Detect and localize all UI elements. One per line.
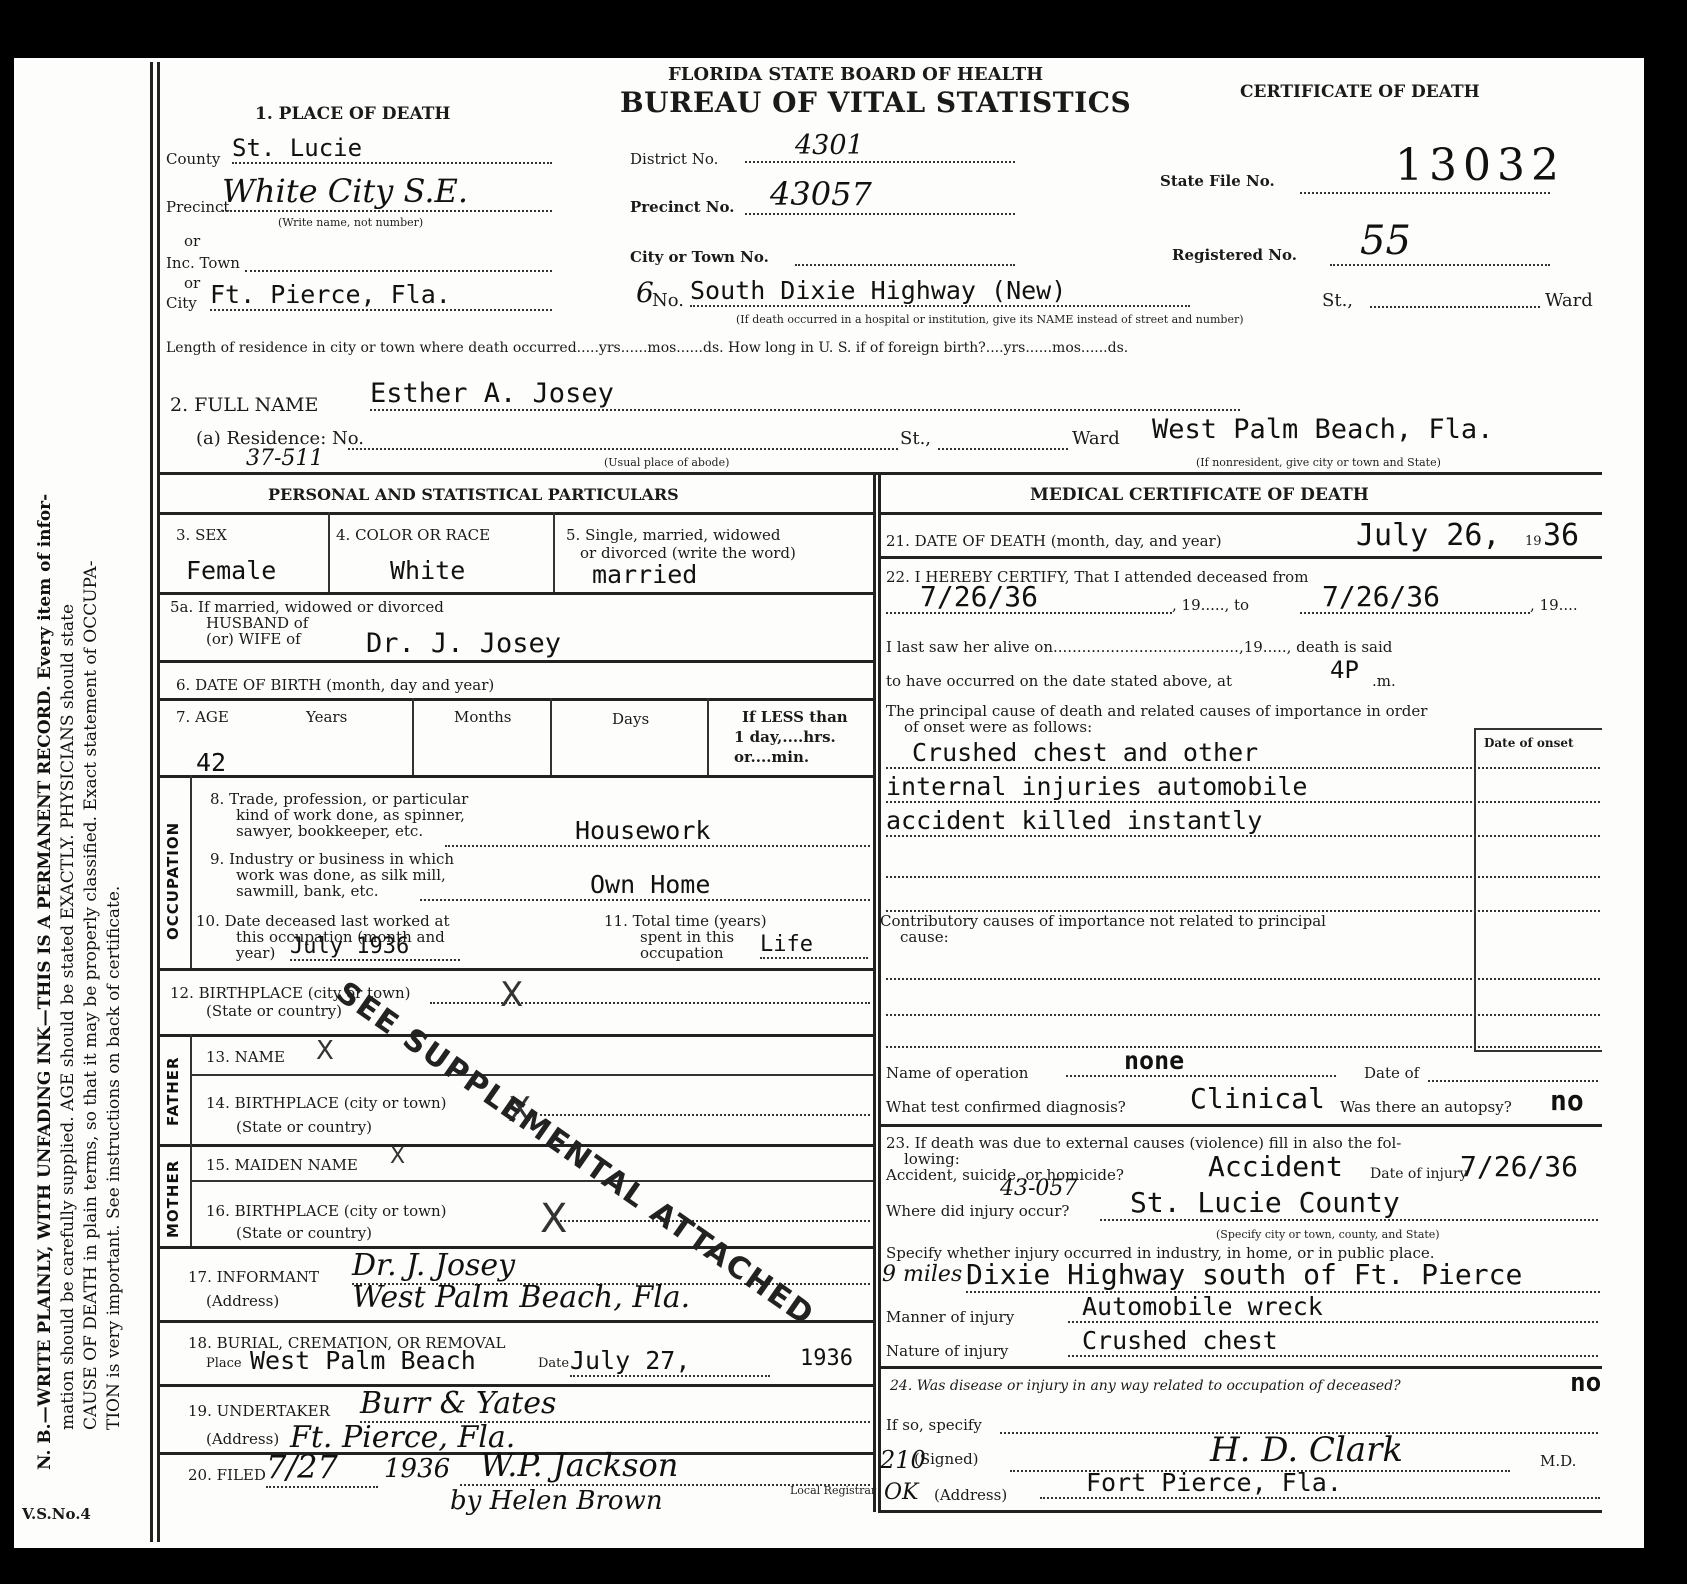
rule: [157, 1034, 873, 1037]
cause-line-2: internal injuries automobile: [886, 772, 1600, 803]
signed-label: (Signed): [914, 1450, 979, 1468]
birthplace-label-2: (State or country): [206, 1002, 342, 1020]
ward-label: Ward: [1545, 290, 1593, 311]
total-time-value: Life: [760, 932, 868, 959]
hospital-hint: (If death occurred in a hospital or inst…: [736, 313, 1244, 326]
contributory-line-2: [886, 1012, 1600, 1016]
age-years-value: 42: [196, 748, 226, 777]
margin-line-1: N. B.—WRITE PLAINLY, WITH UNFADING INK—T…: [34, 494, 57, 1470]
undertaker-value: Burr & Yates: [360, 1386, 870, 1423]
test-value: Clinical: [1190, 1082, 1325, 1115]
margin-instructions: N. B.—WRITE PLAINLY, WITH UNFADING INK—T…: [34, 494, 126, 1470]
father-name-label: 13. NAME: [206, 1048, 285, 1066]
rule: [1474, 1050, 1602, 1052]
precinct-value: White City S.E.: [222, 172, 552, 212]
test-label: What test confirmed diagnosis?: [886, 1098, 1126, 1116]
burial-place-value: West Palm Beach: [250, 1346, 476, 1375]
mother-birthplace-label-1: 16. BIRTHPLACE (city or town): [206, 1202, 446, 1220]
injury-date-value: 7/26/36: [1460, 1150, 1578, 1183]
nonresident-hint: (If nonresident, give city or town and S…: [1196, 456, 1441, 469]
age-label: 7. AGE: [176, 708, 229, 726]
time-suffix: .m.: [1372, 672, 1396, 690]
where-value: St. Lucie County: [1100, 1186, 1598, 1221]
margin-line-2: mation should be carefully supplied. AGE…: [57, 494, 80, 1470]
occupation-side-label: OCCUPATION: [164, 822, 182, 940]
bureau-name: BUREAU OF VITAL STATISTICS: [620, 86, 1131, 119]
burial-place-label: Place: [206, 1356, 242, 1371]
where-label: Where did injury occur?: [886, 1202, 1069, 1220]
street-value: South Dixie Highway (New): [690, 276, 1190, 307]
mother-birthplace-label-2: (State or country): [236, 1224, 372, 1242]
less-than-label-2: 1 day,....hrs.: [734, 728, 836, 746]
physician-address-value: Fort Pierce, Fla.: [1040, 1468, 1600, 1499]
rule: [157, 698, 873, 701]
trade-label-3: sawyer, bookkeeper, etc.: [236, 822, 423, 840]
spouse-label-3: (or) WIFE of: [206, 630, 301, 648]
st-label: St.,: [1322, 290, 1353, 311]
rule: [878, 1366, 1602, 1369]
father-side-label: FATHER: [164, 1056, 182, 1126]
full-name-value: Esther A. Josey: [370, 378, 1240, 411]
time-of-death-value: 4P: [1330, 656, 1359, 684]
operation-label: Name of operation: [886, 1064, 1028, 1082]
rule: [190, 1144, 192, 1246]
mother-side-label: MOTHER: [164, 1160, 182, 1238]
race-label: 4. COLOR OR RACE: [336, 526, 490, 544]
mother-maiden-x-mark: X: [390, 1144, 405, 1169]
cause-intro-2: of onset were as follows:: [904, 718, 1092, 736]
medical-section-title: MEDICAL CERTIFICATE OF DEATH: [1030, 485, 1369, 505]
personal-section-title: PERSONAL AND STATISTICAL PARTICULARS: [268, 485, 679, 504]
industry-label-3: sawmill, bank, etc.: [236, 882, 379, 900]
rule: [553, 512, 555, 592]
rule: [157, 1144, 873, 1147]
informant-address-value: West Palm Beach, Fla.: [352, 1280, 690, 1315]
margin-line-4: TION is very important. See instructions…: [103, 494, 126, 1470]
rule: [157, 660, 873, 663]
rule: [328, 512, 330, 592]
residence-st-label: St.,: [900, 428, 931, 449]
contributory-label-2: cause:: [900, 928, 949, 946]
physician-signature: H. D. Clark: [1010, 1430, 1510, 1472]
state-file-number: 13032: [1395, 140, 1565, 191]
precinct-no-label: Precinct No.: [630, 198, 734, 216]
or-label-2: or: [184, 274, 200, 292]
sex-value: Female: [186, 556, 276, 585]
physician-address-label: (Address): [934, 1486, 1007, 1504]
attended-from-value: 7/26/36: [920, 580, 1038, 613]
column-divider-inner: [878, 472, 881, 1512]
certificate-title: CERTIFICATE OF DEATH: [1240, 82, 1480, 102]
county-value: St. Lucie: [232, 134, 552, 164]
form-number: V.S.No.4: [22, 1505, 91, 1523]
operation-date-field: [1428, 1078, 1598, 1082]
injury-date-label: Date of injury: [1370, 1166, 1467, 1182]
date-of-death-label: 21. DATE OF DEATH (month, day, and year): [886, 532, 1222, 550]
where-code: 43-057: [1000, 1176, 1077, 1201]
occurred-label: to have occurred on the date stated abov…: [886, 672, 1232, 690]
race-value: White: [390, 556, 465, 585]
days-label: Days: [612, 710, 649, 728]
city-label: City: [166, 294, 197, 312]
manner-question-value: Accident: [1208, 1150, 1343, 1183]
manner-injury-label: Manner of injury: [886, 1308, 1014, 1326]
rule: [878, 1124, 1602, 1127]
residence-no-field: [348, 446, 898, 450]
autopsy-label: Was there an autopsy?: [1340, 1098, 1512, 1116]
full-name-label: 2. FULL NAME: [170, 394, 318, 416]
spouse-value: Dr. J. Josey: [366, 628, 561, 659]
where-hint: (Specify city or town, county, and State…: [1216, 1228, 1440, 1241]
local-registrar-label: Local Registrar: [790, 1484, 876, 1497]
rule: [878, 512, 1602, 515]
contributory-line-1: [886, 976, 1600, 980]
ward-field: [1370, 304, 1540, 308]
occupation-related-label: 24. Was disease or injury in any way rel…: [890, 1378, 1401, 1394]
father-birthplace-field: [540, 1112, 870, 1116]
months-label: Months: [454, 708, 511, 726]
usual-place-hint: (Usual place of abode): [604, 456, 729, 469]
trade-value: Housework: [445, 816, 870, 847]
filed-year-value: 1936: [384, 1454, 450, 1484]
residence-code: 37-511: [246, 446, 323, 471]
mother-birthplace-x-mark: X: [540, 1196, 567, 1242]
informant-address-label: (Address): [206, 1292, 279, 1310]
inc-town-field: [245, 268, 552, 272]
rule: [1474, 728, 1602, 730]
form-left-border: [150, 62, 153, 1542]
cause-line-4: [886, 874, 1600, 878]
column-divider: [873, 472, 876, 1512]
date-of-death-value: July 26,: [1356, 518, 1501, 553]
state-file-label: State File No.: [1160, 172, 1275, 190]
attended-19-to: , 19....., to: [1172, 596, 1249, 614]
rule: [878, 556, 1602, 559]
birthplace-x-mark: X: [500, 975, 523, 1015]
autopsy-value: no: [1550, 1084, 1584, 1117]
or-label-1: or: [184, 232, 200, 250]
rule: [550, 698, 552, 775]
if-so-label: If so, specify: [886, 1416, 982, 1434]
place-value: Dixie Highway south of Ft. Pierce: [966, 1258, 1600, 1293]
father-birthplace-label-1: 14. BIRTHPLACE (city or town): [206, 1094, 446, 1112]
rule: [190, 1034, 192, 1144]
dob-label: 6. DATE OF BIRTH (month, day and year): [176, 676, 494, 694]
last-worked-value: July 1936: [290, 934, 460, 961]
district-label: District No.: [630, 150, 718, 168]
city-town-no-field: [795, 262, 1015, 266]
city-town-no-label: City or Town No.: [630, 248, 769, 266]
less-than-label-1: If LESS than: [742, 708, 848, 726]
burial-date-value: July 27,: [570, 1346, 770, 1377]
rule: [157, 968, 873, 971]
registrar-signature: W.P. Jackson: [460, 1446, 870, 1486]
district-value: 4301: [745, 130, 1015, 163]
rule: [412, 698, 414, 775]
filed-label: 20. FILED: [188, 1466, 266, 1484]
undertaker-address-label: (Address): [206, 1430, 279, 1448]
father-birthplace-label-2: (State or country): [236, 1118, 372, 1136]
less-than-label-3: or....min.: [734, 748, 809, 766]
rule: [157, 512, 873, 515]
last-saw-label: I last saw her alive on.................…: [886, 638, 1392, 656]
place-of-death-heading: 1. PLACE OF DEATH: [255, 104, 450, 124]
registered-number: 55: [1360, 218, 1411, 264]
father-name-x-mark: X: [316, 1036, 334, 1066]
residence-length-label: Length of residence in city or town wher…: [166, 340, 1128, 356]
sex-label: 3. SEX: [176, 526, 227, 544]
residence-ward-label: Ward: [1072, 428, 1120, 449]
rule: [190, 1074, 873, 1076]
place-prefix: 9 miles: [882, 1262, 962, 1287]
address-prefix: OK: [884, 1480, 918, 1505]
nature-label: Nature of injury: [886, 1342, 1008, 1360]
attended-to-value: 7/26/36: [1322, 580, 1440, 613]
no-label: No.: [652, 290, 684, 311]
rule: [190, 1180, 873, 1182]
rule: [157, 775, 873, 778]
rule: [157, 1320, 873, 1323]
occupation-related-value: no: [1570, 1368, 1601, 1398]
manner-injury-value: Automobile wreck: [1068, 1292, 1598, 1323]
margin-line-3: CAUSE OF DEATH in plain terms, so that i…: [80, 494, 103, 1470]
precinct-hint: (Write name, not number): [278, 216, 423, 229]
total-time-label-3: occupation: [640, 944, 724, 962]
cause-line-3: accident killed instantly: [886, 806, 1600, 837]
county-label: County: [166, 150, 220, 168]
residence-st-field: [938, 446, 1068, 450]
operation-date-label: Date of: [1364, 1064, 1419, 1082]
death-year-prefix: 19: [1525, 534, 1542, 549]
marital-value: married: [592, 560, 697, 589]
inc-town-label: Inc. Town: [166, 254, 240, 272]
death-year-suffix: 36: [1543, 518, 1579, 553]
attended-19-end: , 19....: [1530, 596, 1578, 614]
rule: [707, 698, 709, 775]
nature-value: Crushed chest: [1068, 1326, 1598, 1357]
last-worked-label-3: year): [236, 944, 275, 962]
years-label: Years: [306, 708, 347, 726]
rule: [878, 1510, 1602, 1513]
mother-birthplace-field: [560, 1218, 870, 1222]
marital-label-1: 5. Single, married, widowed: [566, 526, 781, 544]
burial-date-label: Date: [538, 1356, 569, 1371]
city-value: Ft. Pierce, Fla.: [210, 280, 552, 311]
precinct-no-value: 43057: [745, 175, 1015, 215]
operation-value: none: [1066, 1046, 1336, 1077]
mother-maiden-label: 15. MAIDEN NAME: [206, 1156, 358, 1174]
precinct-label: Precinct: [166, 198, 229, 216]
industry-value: Own Home: [420, 870, 870, 901]
birthplace-field: [430, 1000, 870, 1004]
burial-year-value: 1936: [800, 1346, 853, 1371]
registrar-by-signature: by Helen Brown: [450, 1486, 663, 1516]
registered-label: Registered No.: [1172, 246, 1297, 264]
filed-date-value: 7/27: [266, 1448, 378, 1488]
residence-value: West Palm Beach, Fla.: [1152, 414, 1493, 445]
board-name: FLORIDA STATE BOARD OF HEALTH: [668, 64, 1043, 85]
cause-line-1: Crushed chest and other: [886, 738, 1600, 769]
rule: [190, 775, 192, 970]
undertaker-label: 19. UNDERTAKER: [188, 1402, 330, 1420]
informant-label: 17. INFORMANT: [188, 1268, 319, 1286]
rule: [157, 592, 873, 595]
